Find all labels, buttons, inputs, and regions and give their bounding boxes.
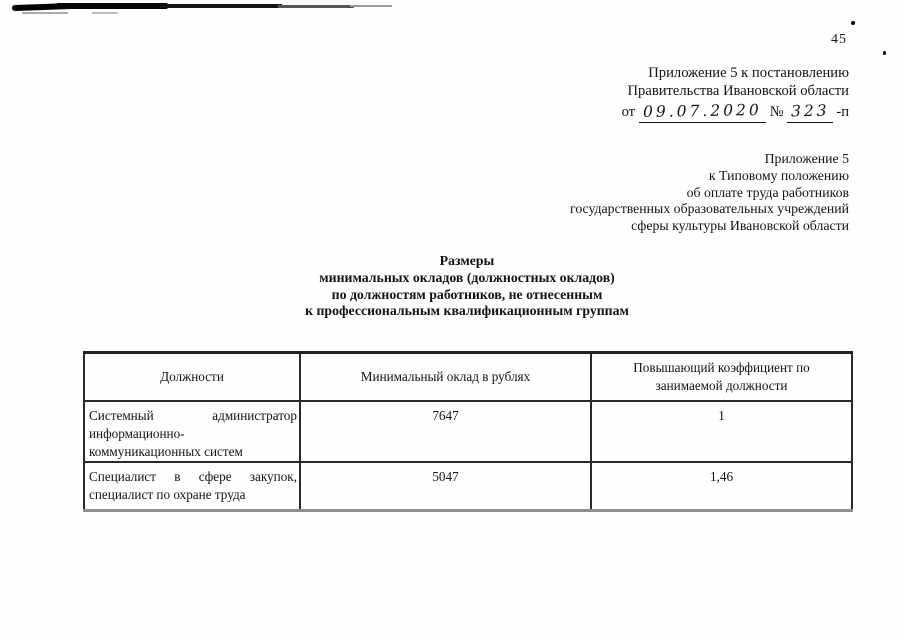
appendix-info-line: государственных образовательных учрежден… <box>570 201 849 218</box>
document-title: Размеры минимальных окладов (должностных… <box>117 253 817 320</box>
title-line: по должностям работников, не отнесенным <box>117 287 817 304</box>
coefficient-cell: 1,46 <box>591 462 852 511</box>
reference-date-number-line: от09.07.2020№323-п <box>622 102 849 123</box>
position-line: коммуникационных систем <box>89 443 297 461</box>
header-min-salary: Минимальный оклад в рублях <box>300 353 591 402</box>
table-row: Специалист в сфере закупок, специалист п… <box>84 462 852 511</box>
scan-ink-smudge <box>350 5 392 7</box>
resolution-reference-block: Приложение 5 к постановлению Правительст… <box>622 64 849 123</box>
appendix-info-block: Приложение 5 к Типовому положению об опл… <box>570 151 849 235</box>
header-coefficient: Повышающий коэффициент по занимаемой дол… <box>591 353 852 402</box>
scan-ink-dot <box>883 51 886 55</box>
salary-table: Должности Минимальный оклад в рублях Пов… <box>83 351 853 512</box>
number-suffix: -п <box>836 104 849 120</box>
scan-ink-smudge <box>160 4 282 8</box>
coefficient-cell: 1 <box>591 401 852 462</box>
appendix-info-line: к Типовому положению <box>570 168 849 185</box>
scan-ink-smudge <box>56 3 168 9</box>
number-sign-label: № <box>770 104 784 120</box>
table-header-row: Должности Минимальный оклад в рублях Пов… <box>84 353 852 402</box>
date-blank-underline: 09.07.2020 <box>639 102 766 123</box>
scanned-document-page: 45 Приложение 5 к постановлению Правител… <box>0 0 905 640</box>
salary-cell: 7647 <box>300 401 591 462</box>
reference-line: Правительства Ивановской области <box>622 82 849 100</box>
header-positions: Должности <box>84 353 300 402</box>
number-blank-underline: 323 <box>787 102 834 123</box>
reference-line: Приложение 5 к постановлению <box>622 64 849 82</box>
appendix-info-line: Приложение 5 <box>570 151 849 168</box>
scan-ink-smudge <box>92 12 118 14</box>
position-cell: Специалист в сфере закупок, специалист п… <box>84 462 300 511</box>
from-label: от <box>622 104 635 120</box>
position-line: Специалист в сфере закупок, <box>89 468 297 486</box>
scan-ink-dot <box>851 21 855 25</box>
appendix-info-line: сферы культуры Ивановской области <box>570 218 849 235</box>
salary-cell: 5047 <box>300 462 591 511</box>
title-line: к профессиональным квалификационным груп… <box>117 303 817 320</box>
title-line: Размеры <box>117 253 817 270</box>
position-line: информационно- <box>89 425 297 443</box>
position-line: Системный администратор <box>89 407 297 425</box>
handwritten-number: 323 <box>791 102 830 121</box>
scan-ink-smudge <box>278 5 354 8</box>
appendix-info-line: об оплате труда работников <box>570 185 849 202</box>
title-line: минимальных окладов (должностных окладов… <box>117 270 817 287</box>
scan-ink-smudge <box>22 12 68 14</box>
table-row: Системный администратор информационно- к… <box>84 401 852 462</box>
page-number: 45 <box>831 32 847 48</box>
handwritten-date: 09.07.2020 <box>643 101 762 121</box>
position-cell: Системный администратор информационно- к… <box>84 401 300 462</box>
position-line: специалист по охране труда <box>89 486 297 504</box>
